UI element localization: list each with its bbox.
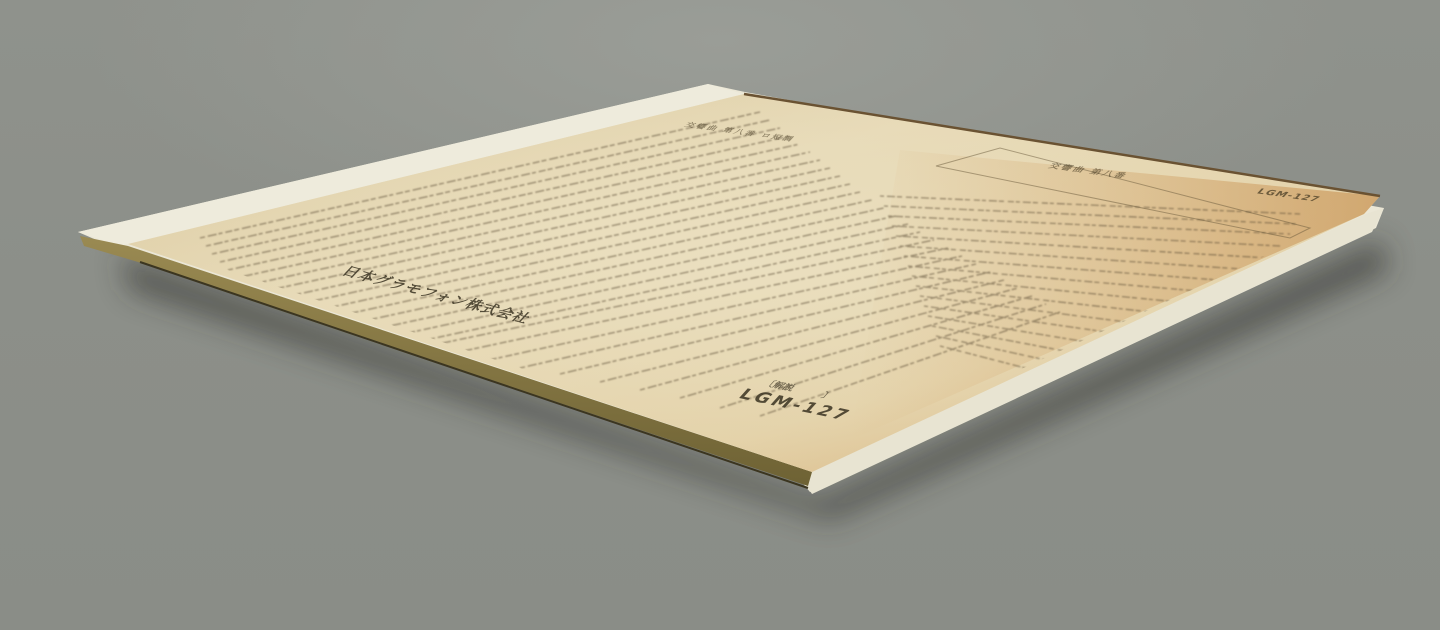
record-jacket-illustration: [0, 0, 1440, 630]
photo-scene: 交響曲 第八番 ロ短調 交響曲 第八番 LGM-127 日本グラモフォン株式会社…: [0, 0, 1440, 630]
